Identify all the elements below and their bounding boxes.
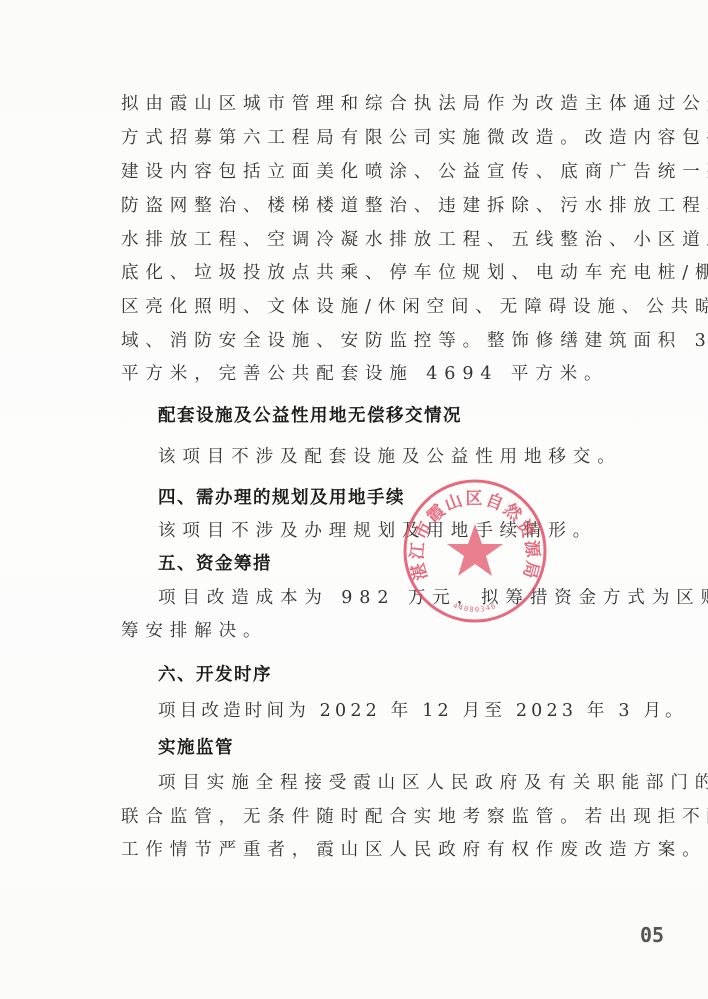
section-text: 联合监管，无条件随时配合实地考察监管。若出现拒不配合 (121, 805, 621, 829)
body-line: 拟由霞山区城市管理和综合执法局作为改造主体通过公开 (121, 92, 621, 116)
section-heading-supervision: 实施监管 (158, 736, 234, 760)
section-heading-funding: 五、资金筹措 (158, 552, 272, 576)
section-text: 工作情节严重者，霞山区人民政府有权作废改造方案。 (121, 838, 621, 862)
body-line: 平方米，完善公共配套设施 4694 平方米。 (121, 362, 621, 386)
section-text: 该项目不涉及配套设施及公益性用地移交。 (158, 445, 658, 469)
section-text: 该项目不涉及办理规划及用地手续情形。 (158, 519, 658, 543)
section-text: 项目实施全程接受霞山区人民政府及有关职能部门的 (158, 771, 658, 795)
section-heading-facilities-transfer: 配套设施及公益性用地无偿移交情况 (158, 404, 462, 428)
section-heading-schedule: 六、开发时序 (158, 663, 272, 687)
section-heading-planning-procedures: 四、需办理的规划及用地手续 (158, 486, 405, 510)
section-text: 筹安排解决。 (121, 619, 621, 643)
section-text: 项目改造时间为 2022 年 12 月至 2023 年 3 月。 (158, 699, 658, 723)
body-line: 建设内容包括立面美化喷涂、公益宣传、底商广告统一整改、 (121, 160, 621, 184)
body-line: 域、消防安全设施、安防监控等。整饰修缮建筑面积 3129.47 (121, 329, 621, 353)
body-line: 防盗网整治、楼梯楼道整治、违建拆除、污水排放工程、雨 (121, 194, 621, 218)
document-page: 拟由霞山区城市管理和综合执法局作为改造主体通过公开 方式招募第六工程局有限公司实… (0, 0, 708, 999)
body-line: 方式招募第六工程局有限公司实施微改造。改造内容包括： (121, 126, 621, 150)
body-line: 水排放工程、空调冷凝水排放工程、五线整治、小区道路硬 (121, 228, 621, 252)
page-number: 05 (640, 923, 664, 947)
section-text: 项目改造成本为 982 万元，拟筹措资金方式为区财政统 (158, 586, 658, 610)
body-line: 区亮化照明、文体设施/休闲空间、无障碍设施、公共晾晒区 (121, 295, 621, 319)
body-line: 底化、垃圾投放点共乘、停车位规划、电动车充电桩/棚、小 (121, 261, 621, 285)
